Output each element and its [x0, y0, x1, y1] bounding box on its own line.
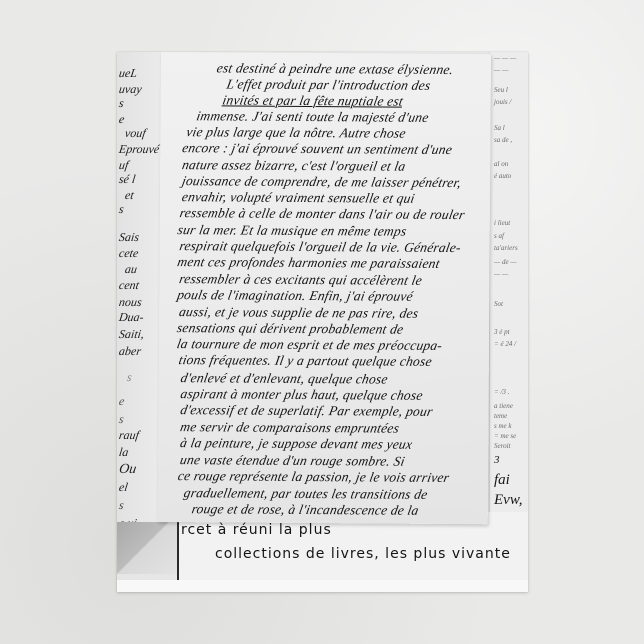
- letter-line: encore : j'ai éprouvé souvent un sentime…: [181, 140, 454, 158]
- margin-fragment: s: [118, 498, 125, 513]
- margin-fragment: el: [118, 480, 129, 495]
- margin-fragment: = me se: [494, 432, 516, 440]
- postcard: ueL uvay s e vouf Eprouvé uf sé l et s S…: [117, 52, 528, 592]
- margin-fragment: cent: [118, 278, 140, 293]
- letter-line: aussi, et je vous supplie de ne pas rire…: [178, 304, 420, 322]
- margin-fragment: s: [118, 412, 125, 427]
- letter-line: sur la mer. Et la musique en même temps: [176, 222, 408, 240]
- margin-fragment: et: [124, 188, 135, 203]
- letter-line: immense. J'ai senti toute la majesté d'u…: [195, 108, 430, 126]
- page-fold-shadow: [117, 522, 179, 574]
- margin-fragment: — —: [494, 270, 508, 278]
- margin-fragment: uf: [118, 158, 129, 173]
- margin-fragment: s: [118, 96, 125, 111]
- letter-line: ressembler à ces excitants qui accélèren…: [178, 271, 423, 289]
- margin-fragment: a tiene: [494, 402, 513, 410]
- margin-fragment: Sot: [494, 300, 503, 308]
- letter-line: est destiné à peindre une extase élysien…: [215, 60, 454, 78]
- margin-fragment: e: [118, 394, 125, 409]
- margin-fragment: al on: [494, 160, 508, 168]
- margin-fragment: — —: [494, 66, 508, 74]
- letter-line: aspirant à monter plus haut, quelque cho…: [179, 386, 424, 404]
- margin-fragment: i lieut: [494, 219, 510, 227]
- letter-line: pouls de l'imagination. Enfin, j'ai épro…: [176, 287, 414, 305]
- letter-line: une vaste étendue d'un rouge sombre. Si: [179, 452, 406, 470]
- margin-fragment: 3: [494, 454, 500, 466]
- letter-line: vie plus large que la nôtre. Autre chose: [185, 124, 407, 142]
- letter-line: tions fréquentes. Il y a partout quelque…: [177, 352, 433, 370]
- letter-line: sensations qui dérivent probablement de: [176, 320, 405, 338]
- margin-fragment: Ou: [118, 462, 137, 478]
- letter-line: rouge et de rose, à l'incandescence de l…: [190, 501, 420, 519]
- margin-fragment: uvay: [118, 82, 143, 97]
- margin-fragment: = é 24 /: [494, 340, 516, 348]
- lower-letter-line: collections de livres, les plus vivante: [215, 546, 511, 562]
- letter-line: nature assez bizarre, c'est l'orgueil et…: [181, 157, 407, 175]
- right-underlying-sheet: — — — — — Seu l jouis / Sa l sa de , al …: [489, 52, 528, 580]
- letter-line: la tournure de mon esprit et de mes préo…: [175, 336, 443, 354]
- margin-fragment: e: [118, 112, 125, 127]
- margin-fragment: teme: [494, 412, 507, 420]
- margin-fragment: Sa l: [494, 124, 505, 132]
- margin-fragment: ta'ariers: [494, 244, 518, 252]
- letter-line: d'enlevé et d'enlevant, quelque chose: [179, 370, 389, 387]
- margin-fragment: fai: [494, 472, 510, 489]
- margin-fragment: Sais: [118, 230, 140, 245]
- margin-fragment: au: [124, 262, 138, 277]
- manuscript-photo: ueL uvay s e vouf Eprouvé uf sé l et s S…: [117, 52, 528, 580]
- margin-fragment: = /3 .: [494, 388, 509, 396]
- letter-line: respirait quelquefois l'orgueil de la vi…: [178, 238, 462, 256]
- margin-fragment: s: [126, 370, 133, 385]
- letter-line: L'effet produit par l'introduction des: [225, 76, 432, 93]
- letter-line: d'excessif et de superlatif. Par exemple…: [179, 402, 434, 420]
- letter-line: ressemble à celle de monter dans l'air o…: [178, 205, 466, 223]
- margin-fragment: aber: [118, 344, 142, 359]
- letter-line: invités et par la fête nuptiale est: [221, 92, 404, 109]
- margin-fragment: cete: [118, 246, 139, 261]
- margin-fragment: é auto: [494, 172, 511, 180]
- margin-fragment: sa de ,: [494, 136, 512, 144]
- letter-line: ce rouge représente la passion, je le vo…: [177, 468, 451, 486]
- margin-fragment: Eprouvé: [118, 142, 160, 157]
- margin-fragment: s me k: [494, 422, 512, 430]
- margin-fragment: 3 é pt: [494, 328, 510, 336]
- letter-line: jouissance de comprendre, de me laisser …: [181, 173, 463, 191]
- margin-fragment: Saiti,: [118, 327, 145, 342]
- margin-fragment: ueL: [118, 66, 138, 81]
- margin-fragment: nous: [118, 295, 143, 310]
- letter-line: ment ces profondes harmonies me paraissa…: [176, 254, 441, 272]
- margin-fragment: s: [118, 202, 125, 217]
- margin-fragment: Dua-: [118, 310, 145, 325]
- margin-fragment: — de —: [494, 258, 517, 266]
- margin-fragment: jouis /: [494, 98, 511, 106]
- margin-fragment: la: [118, 445, 129, 460]
- margin-fragment: sé l: [118, 172, 136, 187]
- postcard-bottom-border: [117, 580, 528, 592]
- margin-fragment: — — —: [494, 54, 516, 62]
- letter-line: à la peinture, je suppose devant mes yeu…: [179, 435, 414, 453]
- margin-fragment: Evw,: [494, 492, 522, 509]
- lower-letter-line: rcet à réuni la plus: [181, 522, 332, 538]
- letter-line: envahir, volupté vraiment sensuelle et q…: [181, 189, 417, 207]
- margin-fragment: Seu l: [494, 86, 508, 94]
- margin-fragment: s af: [494, 232, 504, 240]
- margin-fragment: vouf: [124, 126, 147, 141]
- letter-page: est destiné à peindre une extase élysien…: [158, 52, 491, 524]
- letter-line: graduellement, par toutes les transition…: [182, 485, 428, 503]
- margin-fragment: Seroit: [494, 442, 510, 450]
- margin-fragment: rauf: [118, 428, 140, 443]
- letter-line: me servir de comparaisons empruntées: [179, 419, 401, 437]
